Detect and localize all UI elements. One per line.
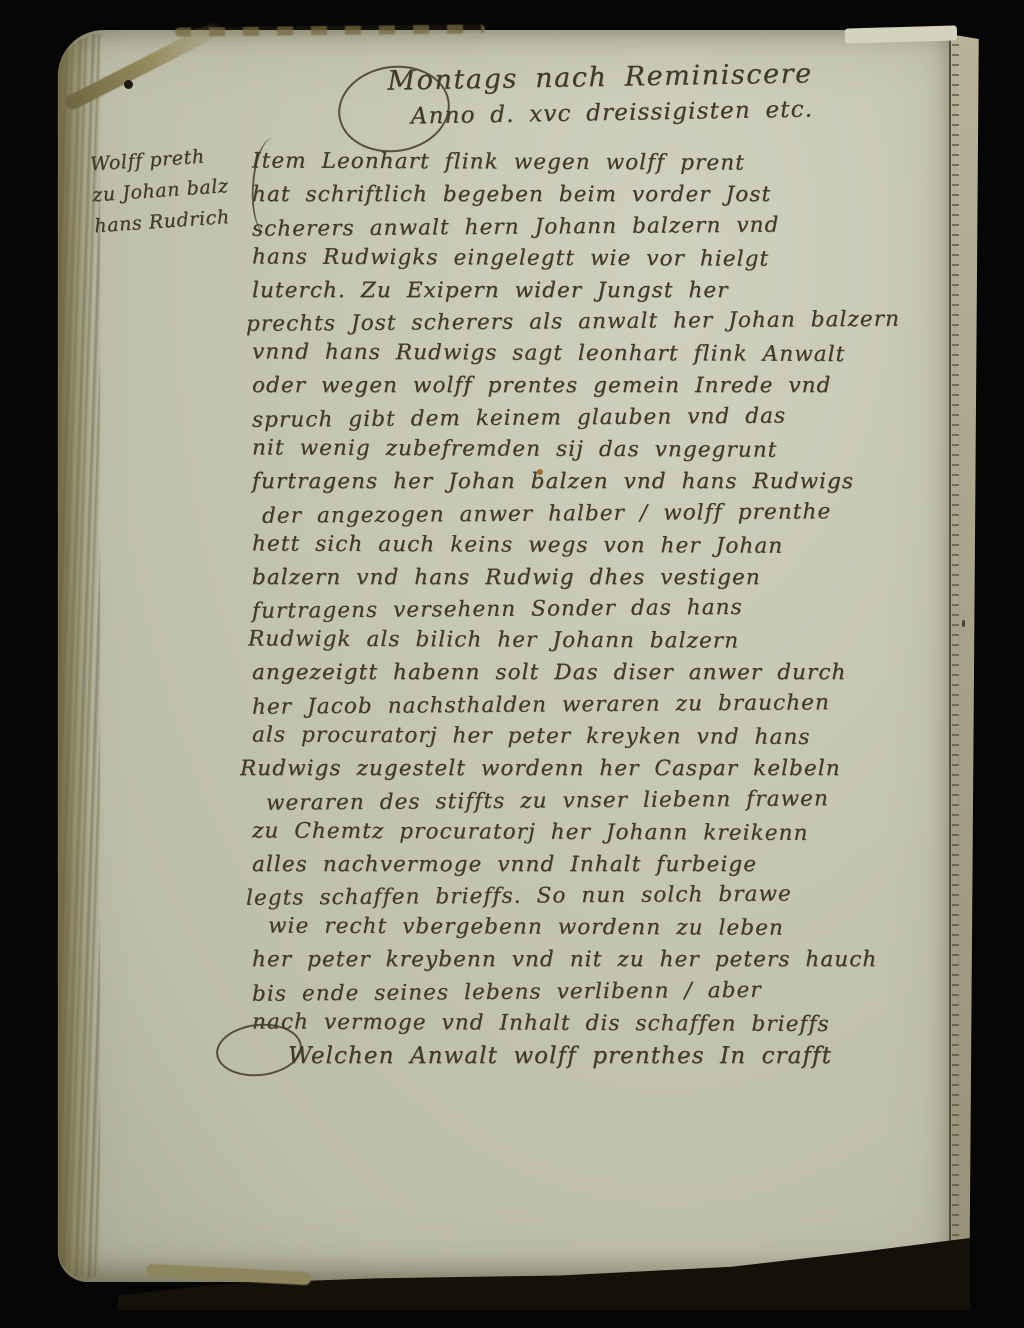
manuscript-line: furtragens versehenn Sonder das hans xyxy=(252,594,960,631)
manuscript-line: balzern vnd hans Rudwig dhes vestigen xyxy=(252,565,960,597)
manuscript-line: als procuratorj her peter kreyken vnd ha… xyxy=(252,722,960,757)
ink-blot xyxy=(124,80,133,89)
manuscript-line: nach vermoge vnd Inhalt dis schaffen bri… xyxy=(252,1010,960,1045)
margin-pen-speck xyxy=(962,620,965,627)
scanned-manuscript-scene: Montags nach Reminiscere Anno d. xvc dre… xyxy=(0,0,1024,1328)
manuscript-line: luterch. Zu Exipern wider Jungst her xyxy=(252,278,960,310)
manuscript-line: legts schaffen brieffs. So nun solch bra… xyxy=(246,881,960,918)
manuscript-line: her Jacob nachsthalden weraren zu brauch… xyxy=(252,689,960,726)
manuscript-line: bis ende seines lebens verlibenn / aber xyxy=(252,976,960,1013)
manuscript-line: spruch gibt dem keinem glauben vnd das xyxy=(252,402,960,439)
manuscript-line: furtragens her Johan balzen vnd hans Rud… xyxy=(252,469,960,501)
manuscript-line: hat schriftlich begeben beim vorder Jost xyxy=(252,182,960,214)
manuscript-line: her peter kreybenn vnd nit zu her peters… xyxy=(252,947,960,979)
manuscript-line: Rudwigs zugestelt wordenn her Caspar kel… xyxy=(240,756,960,788)
manuscript-line: Welchen Anwalt wolff prenthes In crafft xyxy=(288,1043,960,1075)
manuscript-line: weraren des stiffts zu vnser liebenn fra… xyxy=(266,785,960,822)
manuscript-line: Item Leonhart flink wegen wolff prent xyxy=(252,148,960,183)
manuscript-line: hett sich auch keins wegs von her Johan xyxy=(252,531,960,566)
manuscript-line: der angezogen anwer halber / wolff prent… xyxy=(262,498,960,535)
manuscript-line: vnnd hans Rudwigs sagt leonhart flink An… xyxy=(252,340,960,375)
manuscript-line: scherers anwalt hern Johann balzern vnd xyxy=(252,211,960,248)
manuscript-line: Rudwigk als bilich her Johann balzern xyxy=(248,627,960,662)
manuscript-line: prechts Jost scherers als anwalt her Joh… xyxy=(246,307,960,344)
manuscript-line: angezeigtt habenn solt Das diser anwer d… xyxy=(252,660,960,692)
underlying-page-sliver xyxy=(845,25,957,43)
manuscript-line: alles nachvermoge vnnd Inhalt furbeige xyxy=(252,852,960,884)
manuscript-line: zu Chemtz procuratorj her Johann kreiken… xyxy=(252,818,960,853)
manuscript-line: wie recht vbergebenn wordenn zu leben xyxy=(268,914,960,949)
manuscript-body: Item Leonhart flink wegen wolff prent ha… xyxy=(252,150,960,1075)
manuscript-line: oder wegen wolff prentes gemein Inrede v… xyxy=(252,373,960,405)
manuscript-line: nit wenig zubefremden sij das vngegrunt xyxy=(252,435,960,470)
manuscript-line: hans Rudwigks eingelegtt wie vor hielgt xyxy=(252,244,960,279)
